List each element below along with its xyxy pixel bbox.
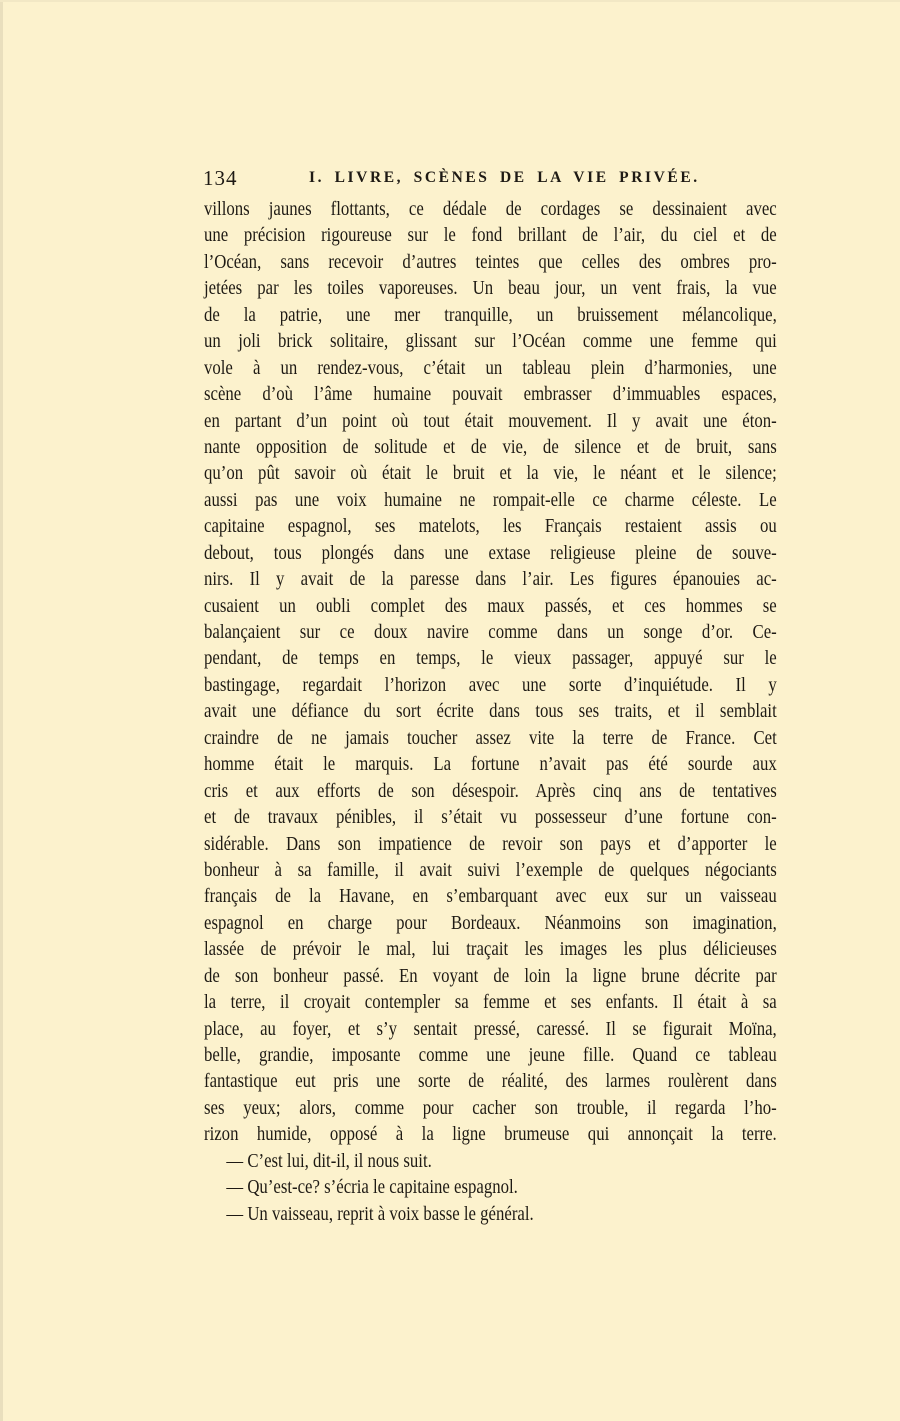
text-line: debout, tous plongés dans une extase rel… [204,541,777,567]
text-line: de la patrie, une mer tranquille, un bru… [204,303,777,329]
text-line: et de travaux pénibles, il s’était vu po… [204,805,777,831]
text-line: place, au foyer, et s’y sentait pressé, … [204,1017,777,1043]
text-line: espagnol en charge pour Bordeaux. Néanmo… [204,911,777,937]
text-line: de son bonheur passé. En voyant de loin … [204,964,777,990]
text-line: français de la Havane, en s’embarquant a… [204,884,777,910]
page-number: 134 [203,166,238,191]
text-line: ses yeux; alors, comme pour cacher son t… [204,1096,777,1122]
text-line: nante opposition de solitude et de vie, … [204,435,777,461]
text-line: avait une défiance du sort écrite dans t… [204,699,777,725]
text-line: bastingage, regardait l’horizon avec une… [204,673,777,699]
text-line: en partant d’un point où tout était mouv… [204,409,777,435]
text-line: jetées par les toiles vaporeuses. Un bea… [204,276,777,302]
text-line: cusaient un oubli complet des maux passé… [204,594,777,620]
page-edge [0,0,3,1421]
dialogue-line: — Un vaisseau, reprit à voix basse le gé… [204,1202,697,1228]
text-line: rizon humide, opposé à la ligne brumeuse… [204,1122,777,1148]
dialogue-line: — Qu’est-ce? s’écria le capitaine espagn… [204,1175,697,1201]
text-line: vole à un rendez-vous, c’était un tablea… [204,356,777,382]
text-line: pendant, de temps en temps, le vieux pas… [204,646,777,672]
text-line: la terre, il croyait contempler sa femme… [204,990,777,1016]
text-line: qu’on pût savoir où était le bruit et la… [204,461,777,487]
text-line: homme était le marquis. La fortune n’ava… [204,752,777,778]
text-line: une précision rigoureuse sur le fond bri… [204,223,777,249]
text-line: nirs. Il y avait de la paresse dans l’ai… [204,567,777,593]
text-line: villons jaunes flottants, ce dédale de c… [204,197,777,223]
text-line: scène d’où l’âme humaine pouvait embrass… [204,382,777,408]
text-line: un joli brick solitaire, glissant sur l’… [204,329,777,355]
text-line: lassée de prévoir le mal, lui traçait le… [204,937,777,963]
dialogue-line: — C’est lui, dit-il, il nous suit. [204,1149,697,1175]
text-line: fantastique eut pris une sorte de réalit… [204,1069,777,1095]
text-line: capitaine espagnol, ses matelots, les Fr… [204,514,777,540]
text-line: sidérable. Dans son impatience de revoir… [204,832,777,858]
text-line: aussi pas une voix humaine ne rompait-el… [204,488,777,514]
text-line: balançaient sur ce doux navire comme dan… [204,620,777,646]
running-head: 134 I. LIVRE, SCÈNES DE LA VIE PRIVÉE. [203,166,778,194]
text-line: l’Océan, sans recevoir d’autres teintes … [204,250,777,276]
text-line: cris et aux efforts de son désespoir. Ap… [204,779,777,805]
running-title: I. LIVRE, SCÈNES DE LA VIE PRIVÉE. [309,169,700,187]
text-line: belle, grandie, imposante comme une jeun… [204,1043,777,1069]
page-edge-top [0,0,900,2]
body-text: villons jaunes flottants, ce dédale de c… [204,197,777,1228]
text-line: craindre de ne jamais toucher assez vite… [204,726,777,752]
text-line: bonheur à sa famille, il avait suivi l’e… [204,858,777,884]
